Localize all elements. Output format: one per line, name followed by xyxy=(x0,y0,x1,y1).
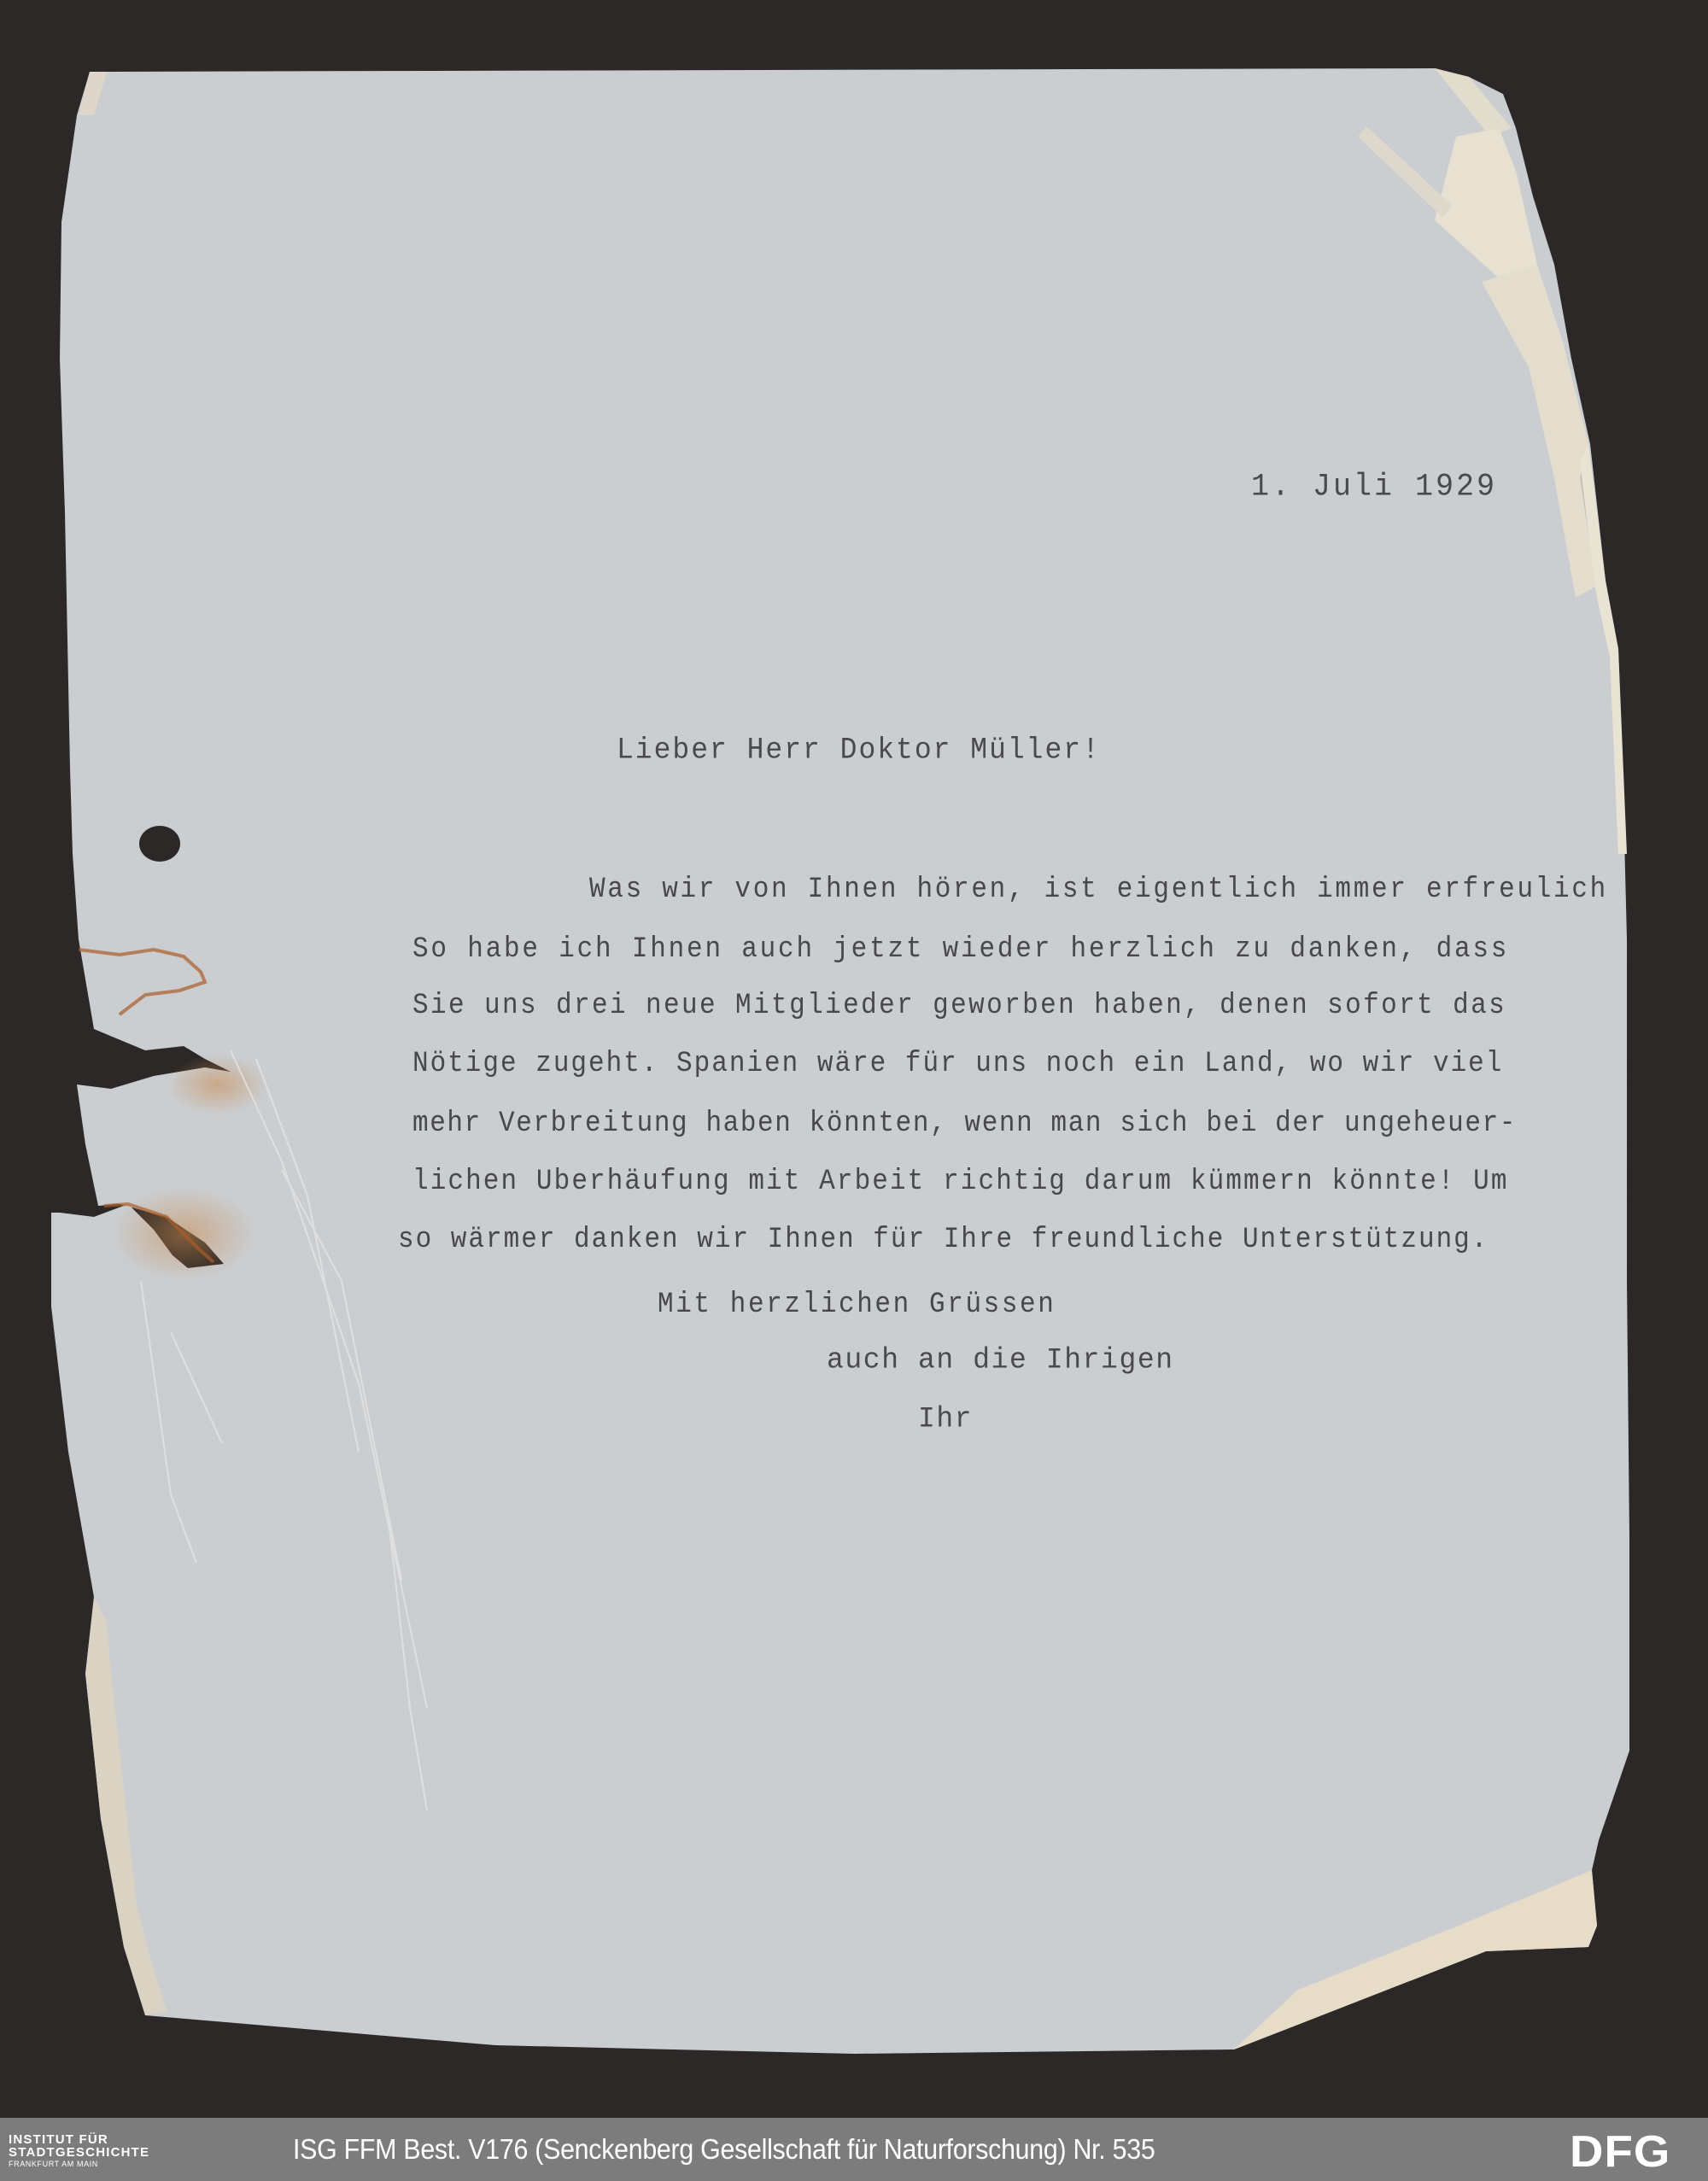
institut-logo-line2: STADTGESCHICHTE xyxy=(9,2146,149,2159)
dfg-logo: DFG xyxy=(1570,2126,1670,2178)
letter-body-line: so wärmer danken wir Ihnen für Ihre freu… xyxy=(398,1223,1489,1256)
letter-body-line: Sie uns drei neue Mitglieder geworben ha… xyxy=(412,989,1506,1022)
archive-caption: ISG FFM Best. V176 (Senckenberg Gesellsc… xyxy=(293,2133,1155,2166)
punch-hole xyxy=(139,826,180,862)
letter-body-line: mehr Verbreitung haben könnten, wenn man… xyxy=(412,1107,1517,1140)
letter-date: 1. Juli 1929 xyxy=(1251,471,1497,503)
letter-closing-family: auch an die Ihrigen xyxy=(827,1345,1174,1375)
letter-body-line: Was wir von Ihnen hören, ist eigentlich … xyxy=(589,873,1608,906)
institut-logo-line3: FRANKFURT AM MAIN xyxy=(9,2161,149,2168)
letter-body-line: Nötige zugeht. Spanien wäre für uns noch… xyxy=(412,1047,1503,1080)
letter-signature-ihr: Ihr xyxy=(918,1404,973,1434)
institut-logo: INSTITUT FÜR STADTGESCHICHTE FRANKFURT A… xyxy=(9,2133,149,2168)
letter-salutation: Lieber Herr Doktor Müller! xyxy=(617,735,1101,766)
letter-body-line: So habe ich Ihnen auch jetzt wieder herz… xyxy=(412,933,1509,966)
institut-logo-line1: INSTITUT FÜR xyxy=(9,2133,149,2146)
letter-closing-greeting: Mit herzlichen Grüssen xyxy=(658,1288,1056,1321)
letter-paper: 1. Juli 1929 Lieber Herr Doktor Müller! … xyxy=(0,0,1708,2118)
letter-body-line: lichen Uberhäufung mit Arbeit richtig da… xyxy=(412,1165,1509,1198)
archive-footer-bar: INSTITUT FÜR STADTGESCHICHTE FRANKFURT A… xyxy=(0,2118,1708,2181)
